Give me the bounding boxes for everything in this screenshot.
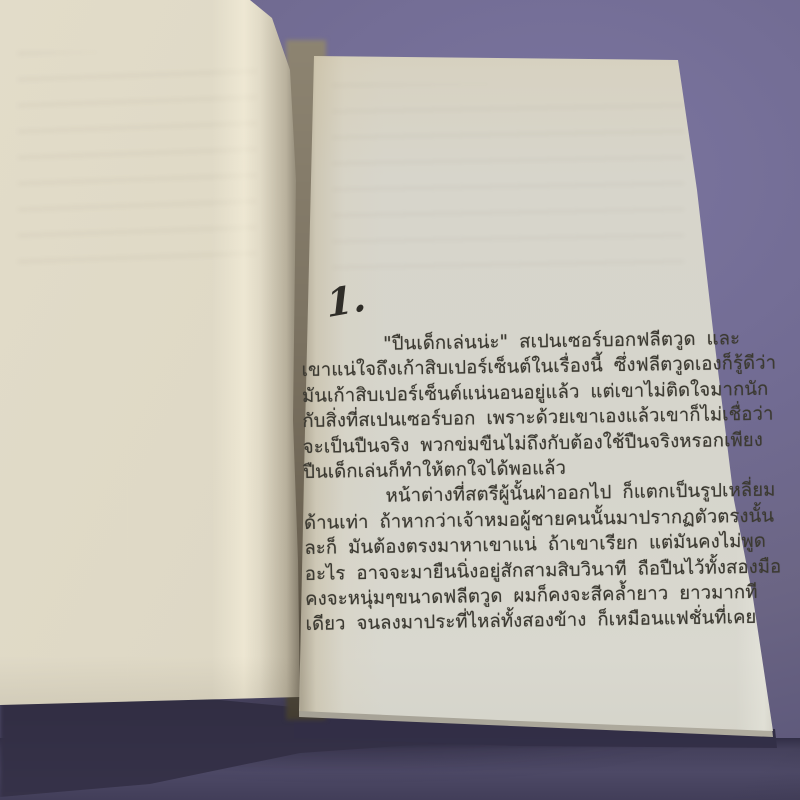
photo-vignette	[0, 0, 800, 800]
book-photo-scene: 1. "ปืนเด็กเล่นน่ะ" สเปนเซอร์บอกฟลีตวูด …	[0, 0, 800, 800]
